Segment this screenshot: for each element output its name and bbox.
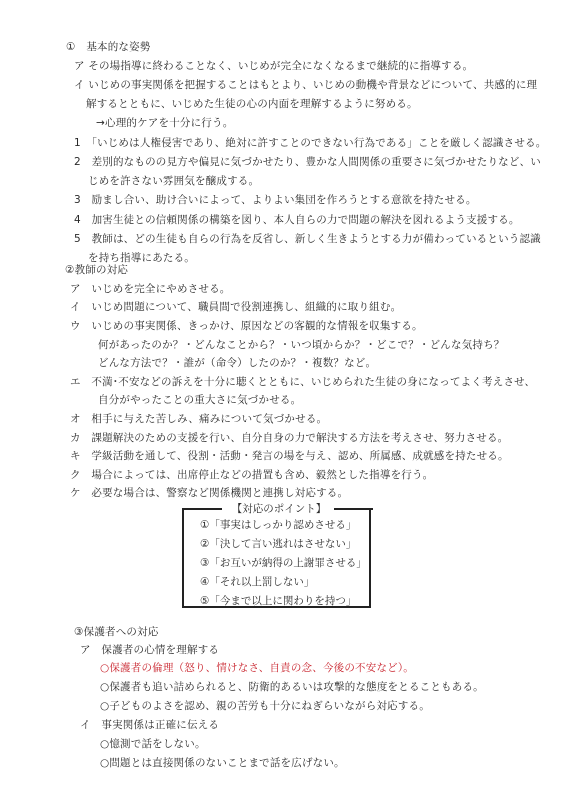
list-item-detail: ○子どものよさを認め、親の苦労も十分にねぎらいながら対応する。: [100, 697, 430, 715]
list-item: エ 不満･不安などの訴えを十分に聴くとともに、いじめられた生徒の身になってよく考…: [70, 373, 535, 391]
list-item-detail: どんな方法で？・誰が（命令）したのか？・複数？など。: [98, 354, 376, 372]
list-item-detail: ○保護者も追い詰められると、防衛的あるいは攻撃的な態度をとることもある。: [100, 678, 484, 696]
list-item: ア 保護者の心情を理解する: [80, 641, 219, 659]
list-item-continuation: じめを許さない雰囲気を醸成する。: [88, 172, 259, 190]
list-item-continuation: 自分がやったことの重大さに気づかせる。: [98, 391, 301, 409]
section-heading: ③保護者への対応: [74, 623, 159, 641]
section-heading: ① 基本的な姿勢: [66, 38, 151, 56]
list-item-note: →心理的ケアを十分に行う。: [96, 114, 233, 132]
list-item-continuation: 解するとともに、いじめた生徒の心の内面を理解するように努める。: [86, 95, 418, 113]
list-item: カ 課題解決のための支援を行い、自分自身の力で解決する方法を考えさせ、努力させる…: [70, 429, 508, 447]
list-item-detail: ○憶測で話をしない。: [100, 735, 206, 753]
point-item: ④「それ以上罰しない」: [200, 573, 314, 591]
list-item-highlighted: ○保護者の倫理（怒り、情けなさ、自責の念、今後の不安など）。: [100, 659, 414, 677]
list-item: 2 差別的なものの見方や偏見に気づかせたり、豊かな人間関係の重要さに気づかせたり…: [74, 153, 541, 171]
point-item: ②「決して言い逃れはさせない」: [200, 535, 356, 553]
list-item: 3 励まし合い、助け合いによって、よりよい集団を作ろうとする意欲を持たせる。: [74, 191, 477, 209]
point-item: ①「事実はしっかり認めさせる」: [200, 516, 356, 534]
list-item: 5 教師は、どの生徒も自らの行為を反省し、新しく生きようとする力が備わっていると…: [74, 230, 541, 248]
list-item: イ 事実関係は正確に伝える: [80, 716, 219, 734]
list-item: キ 学級活動を通して、役割・活動・発言の場を与え、認め、所属感、成就感を持たせる…: [70, 447, 509, 465]
point-item: ⑤「今まで以上に関わりを持つ」: [200, 592, 356, 610]
list-item-detail: ○問題とは直接関係のないことまで話を広げない。: [100, 754, 345, 772]
list-item-detail: 何があったのか？・どんなことから？・いつ頃からか？・どこで？・どんな気持ち？: [98, 336, 505, 354]
list-item: ア いじめを完全にやめさせる。: [70, 280, 231, 298]
section-heading: ②教師の対応: [65, 261, 128, 279]
list-item: イ いじめの事実関係を把握することはもとより、いじめの動機や背景などについて、共…: [74, 76, 537, 94]
list-item: 4 加害生徒との信頼関係の構築を図り、本人自らの力で問題の解決を図れるよう支援す…: [74, 211, 520, 229]
list-item: ア その場指導に終わることなく、いじめが完全になくなるまで継続的に指導する。: [74, 57, 473, 75]
list-item: イ いじめ問題について、職員間で役割連携し、組織的に取り組む。: [70, 298, 401, 316]
list-item: ウ いじめの事実関係、きっかけ、原因などの客観的な情報を収集する。: [70, 317, 423, 335]
list-item: 1 「いじめは人権侵害であり、絶対に許すことのできない行為である」ことを厳しく認…: [74, 134, 546, 152]
list-item: ク 場合によっては、出席停止などの措置も含め、毅然とした指導を行う。: [70, 466, 433, 484]
point-item: ③「お互いが納得の上謝罪させる」: [200, 554, 367, 572]
list-item: オ 相手に与えた苦しみ、痛みについて気づかせる。: [70, 410, 327, 428]
